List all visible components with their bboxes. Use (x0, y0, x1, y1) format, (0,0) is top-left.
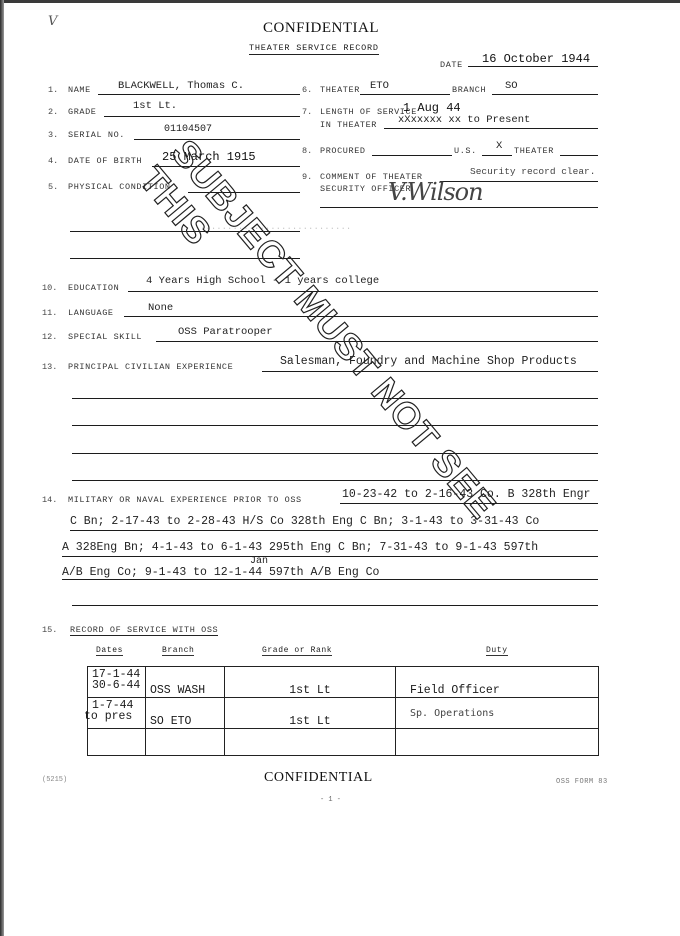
row-grade: 1st Lt (225, 698, 396, 729)
procured-label: PROCURED (320, 146, 366, 156)
grade-value: 1st Lt. (133, 100, 177, 112)
civilian-line-5 (72, 480, 598, 481)
field-number: 13. (42, 362, 57, 372)
field-number: 12. (42, 332, 57, 342)
field-number: 1. (48, 85, 58, 95)
field-number: 11. (42, 308, 57, 318)
service-record-label: RECORD OF SERVICE WITH OSS (70, 625, 218, 636)
us-label: U.S. (454, 146, 477, 156)
military-experience-line-3: A 328Eng Bn; 4-1-43 to 6-1-43 295th Eng … (62, 541, 538, 554)
dob-label: DATE OF BIRTH (68, 156, 142, 166)
field-number: 5. (48, 182, 58, 192)
theater-line (360, 94, 450, 95)
name-line (98, 94, 300, 95)
form-title: THEATER SERVICE RECORD (249, 43, 379, 55)
row-date-to: 30-6-44 (92, 680, 141, 691)
security-comment-value: Security record clear. (470, 166, 595, 177)
name-label: NAME (68, 85, 91, 95)
row-grade: 1st Lt (225, 667, 396, 698)
military-line-5 (72, 605, 598, 606)
scan-edge-top (0, 0, 680, 3)
procured-theater-line (560, 155, 598, 156)
row-branch: OSS WASH (146, 667, 225, 698)
field-number: 7. (302, 107, 312, 117)
branch-label: BRANCH (452, 85, 486, 95)
us-line (482, 155, 512, 156)
footer-code: (5215) (42, 776, 67, 784)
field-number: 2. (48, 107, 58, 117)
col-header-duty: Duty (486, 646, 508, 656)
date-label: DATE (440, 60, 463, 70)
serial-line (134, 139, 300, 140)
military-experience-label: MILITARY OR NAVAL EXPERIENCE PRIOR TO OS… (68, 495, 302, 505)
in-theater-line (384, 128, 598, 129)
branch-line (492, 94, 598, 95)
corner-mark: V (48, 14, 57, 29)
field-number: 3. (48, 130, 58, 140)
serial-label: SERIAL NO. (68, 130, 125, 140)
serial-value: 01104507 (164, 124, 212, 135)
table-row (88, 729, 599, 756)
officer-signature: V.Wilson (388, 178, 483, 206)
language-label: LANGUAGE (68, 308, 114, 318)
procured-line (372, 155, 452, 156)
language-line (124, 316, 598, 317)
length-of-service-value: 1 Aug 44 (403, 101, 461, 115)
field-number: 8. (302, 146, 312, 156)
col-header-grade: Grade or Rank (262, 646, 332, 656)
special-skill-label: SPECIAL SKILL (68, 332, 142, 342)
classification-footer: CONFIDENTIAL (264, 770, 373, 786)
military-line-2 (70, 530, 598, 531)
row-branch: SO ETO (146, 698, 225, 729)
security-line-2 (320, 207, 598, 208)
row-date-to: to pres (84, 711, 141, 722)
field-number: 15. (42, 625, 57, 635)
field-number: 6. (302, 85, 312, 95)
field-number: 4. (48, 156, 58, 166)
col-header-dates: Dates (96, 646, 123, 656)
field-number: 9. (302, 172, 312, 182)
in-theater-value: xXxxxxx xx to Present (398, 114, 530, 126)
table-row: 17-1-44 30-6-44 OSS WASH 1st Lt Field Of… (88, 667, 599, 698)
military-line-4 (62, 579, 598, 580)
education-label: EDUCATION (68, 283, 119, 293)
special-skill-line (156, 341, 598, 342)
name-value: BLACKWELL, Thomas C. (118, 80, 244, 92)
row-duty: Sp. Operations (396, 698, 599, 729)
date-line (468, 66, 598, 67)
theater-label: THEATER (320, 85, 360, 95)
branch-value: SO (505, 80, 518, 92)
us-value: X (496, 140, 502, 152)
language-value: None (148, 302, 173, 314)
military-experience-line-4: A/B Eng Co; 9-1-43 to 12-1-44 597th A/B … (62, 566, 379, 579)
service-record-table: 17-1-44 30-6-44 OSS WASH 1st Lt Field Of… (87, 666, 599, 756)
theater-value: ETO (370, 80, 389, 92)
civilian-experience-label: PRINCIPAL CIVILIAN EXPERIENCE (68, 362, 233, 372)
page-number: - 1 - (320, 796, 341, 804)
date-value: 16 October 1944 (482, 52, 590, 66)
grade-line (104, 116, 300, 117)
col-header-branch: Branch (162, 646, 194, 656)
table-row: 1-7-44 to pres SO ETO 1st Lt Sp. Operati… (88, 698, 599, 729)
form-id: OSS FORM 83 (556, 778, 608, 786)
grade-label: GRADE (68, 107, 97, 117)
military-line-3 (62, 556, 598, 557)
scan-edge-left (0, 0, 4, 936)
row-duty: Field Officer (396, 667, 599, 698)
classification-header: CONFIDENTIAL (263, 20, 379, 37)
civilian-line-4 (72, 453, 598, 454)
field-number: 14. (42, 495, 57, 505)
in-theater-label: IN THEATER (320, 120, 377, 130)
procured-theater-label: THEATER (514, 146, 554, 156)
field-number: 10. (42, 283, 57, 293)
education-line (128, 291, 598, 292)
